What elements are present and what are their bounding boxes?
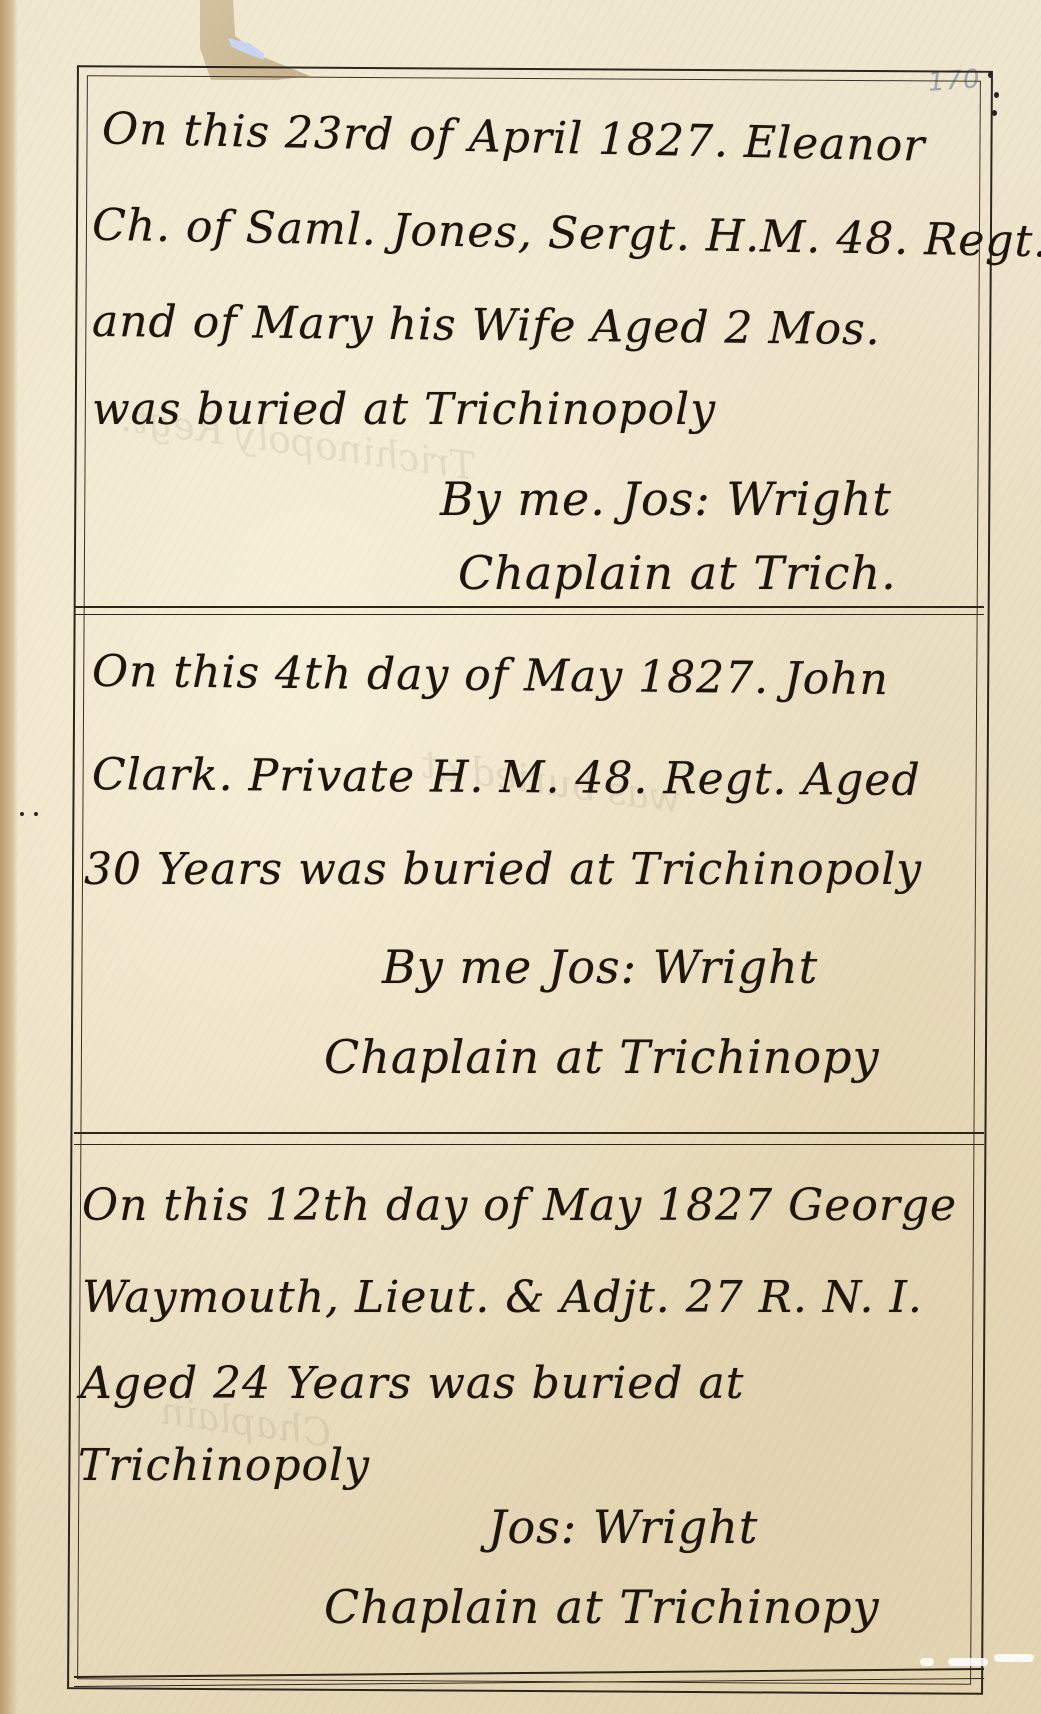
entry-line: Aged 24 Years was buried at bbox=[80, 1358, 744, 1409]
entry-line: Waymouth, Lieut. & Adjt. 27 R. N. I. bbox=[82, 1272, 923, 1323]
ink-dot bbox=[992, 110, 997, 116]
entry-line: On this 4th day of May 1827. John bbox=[92, 646, 889, 705]
ink-dot bbox=[994, 92, 999, 98]
light-glare bbox=[920, 1658, 934, 1666]
entry-line: Trichinopoly bbox=[78, 1440, 370, 1491]
ink-dot bbox=[34, 812, 38, 816]
chaplain-title: Chaplain at Trich. bbox=[458, 546, 897, 600]
ink-dot bbox=[20, 812, 24, 816]
binding-edge bbox=[0, 0, 18, 1714]
entry-line: Clark. Private H. M. 48. Regt. Aged bbox=[92, 749, 921, 806]
chaplain-signature: Jos: Wright bbox=[488, 1500, 758, 1554]
light-glare bbox=[994, 1654, 1034, 1662]
entry-line: On this 12th day of May 1827 George bbox=[82, 1180, 957, 1231]
entry-divider bbox=[74, 1144, 984, 1145]
entry-divider bbox=[74, 1132, 984, 1134]
entry-divider bbox=[74, 606, 984, 608]
chaplain-signature: By me Jos: Wright bbox=[382, 940, 818, 994]
chaplain-signature: By me. Jos: Wright bbox=[440, 472, 892, 526]
entry-line: and of Mary his Wife Aged 2 Mos. bbox=[92, 296, 881, 355]
entry-line: 30 Years was buried at Trichinopoly bbox=[84, 844, 922, 895]
light-glare bbox=[948, 1658, 988, 1666]
chaplain-title: Chaplain at Trichinopy bbox=[324, 1030, 880, 1084]
entry-line: was buried at Trichinopoly bbox=[92, 384, 716, 435]
chaplain-title: Chaplain at Trichinopy bbox=[324, 1580, 880, 1634]
entry-divider bbox=[74, 614, 984, 615]
